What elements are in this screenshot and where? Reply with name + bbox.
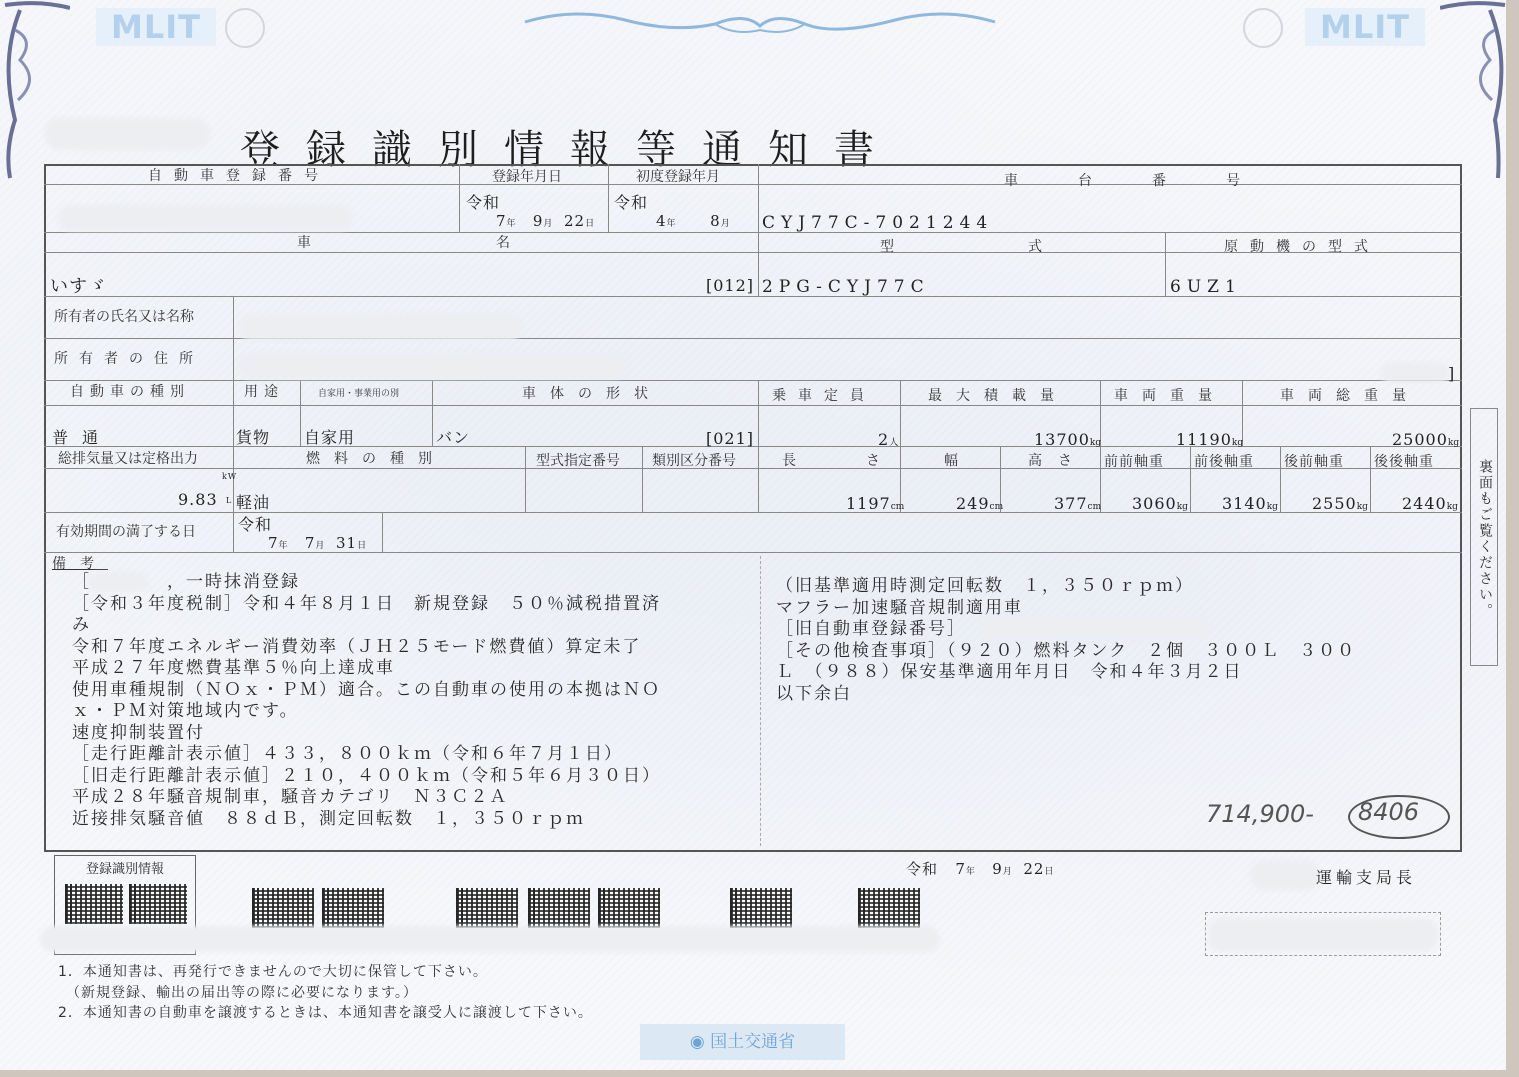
see-reverse-note: 裏面もご覧ください。	[1470, 408, 1498, 666]
engine-model-value: 6UZ1	[1170, 277, 1242, 297]
fr-axle-label: 前後軸重	[1194, 451, 1254, 471]
gross-weight-value: 25000kg	[1392, 430, 1459, 449]
qr-code-icon	[730, 888, 792, 928]
reg-date-era: 令和	[466, 190, 500, 213]
vehicle-weight-value: 11190kg	[1176, 430, 1243, 449]
first-reg-era: 令和	[614, 190, 648, 213]
qr-code-icon	[65, 884, 123, 924]
remarks-label: 備考	[52, 553, 108, 573]
handwritten-amount: 714,900-	[1206, 800, 1314, 828]
expiry-label: 有効期間の満了する日	[56, 521, 196, 541]
rf-axle-value: 2550kg	[1312, 494, 1368, 513]
private-value: 自家用	[304, 425, 355, 448]
width-value: 249cm	[956, 494, 1003, 513]
engine-model-label: 原動機の型式	[1224, 236, 1380, 256]
owner-name-label: 所有者の氏名又は名称	[54, 306, 194, 326]
car-name-value: いすゞ	[50, 272, 107, 298]
registration-notice-document: MLIT MLIT 登録識別情報等通知書 自動車登録	[0, 0, 1506, 1070]
qr-code-icon	[858, 888, 920, 928]
expiry-date: 7年 7月 31日	[268, 534, 366, 552]
ff-axle-value: 3060kg	[1132, 494, 1188, 513]
rr-axle-label: 後後軸重	[1374, 451, 1434, 471]
rr-axle-value: 2440kg	[1402, 494, 1458, 513]
ff-axle-label: 前前軸重	[1104, 451, 1164, 471]
reg-date-value: 7年 9月 22日	[496, 212, 594, 230]
car-name-label: 車	[297, 232, 317, 252]
redacted-office	[45, 118, 210, 150]
qr-code-icon	[528, 888, 590, 928]
qr-code-icon	[252, 888, 314, 928]
redacted-issuer	[1250, 860, 1320, 890]
body-shape-label: 車体の形状	[522, 383, 662, 403]
corner-ornament-left-icon	[0, 0, 70, 180]
height-label: 高さ	[1028, 450, 1088, 470]
chassis-number: CYJ77C-7021244	[762, 213, 993, 233]
vehicle-kind-value: 普通	[52, 425, 112, 448]
owner-address-label: 所有者の住所	[54, 348, 204, 368]
length-value: 1197cm	[846, 494, 904, 513]
ministry-emblem-icon	[1243, 8, 1283, 48]
handwritten-circled-number: 8406	[1358, 798, 1419, 826]
model-label: 型	[880, 236, 900, 256]
capacity-label: 乗車定員	[772, 385, 876, 405]
redacted-reg-number	[58, 205, 353, 231]
redacted-old-reg-number	[980, 617, 1210, 639]
use-label: 用途	[244, 381, 284, 401]
footer-notes: 1．本通知書は、再発行できませんので大切に保管して下さい。 （新規登録、輸出の届…	[58, 962, 593, 1024]
displacement-label: 総排気量又は定格出力	[58, 448, 198, 468]
use-value: 貨物	[236, 425, 270, 448]
mlit-logo-left: MLIT	[96, 8, 216, 46]
expiry-era: 令和	[238, 512, 272, 535]
width-label: 幅	[944, 450, 964, 470]
rf-axle-label: 後前軸重	[1284, 451, 1344, 471]
redacted-owner-name	[238, 314, 523, 340]
vehicle-weight-label: 車両重量	[1114, 385, 1226, 405]
body-shape-value: バン	[436, 425, 470, 448]
type-approval-label: 型式指定番号	[536, 450, 620, 470]
max-load-value: 13700kg	[1034, 430, 1101, 449]
displacement-value: 9.83	[178, 490, 218, 509]
qr-code-icon	[456, 888, 518, 928]
mlit-logo-right: MLIT	[1305, 8, 1425, 46]
gross-weight-label: 車両総重量	[1280, 385, 1420, 405]
private-business-label: 自家用・事業用の別	[318, 386, 399, 399]
fuel-type-label: 燃料の種別	[306, 448, 446, 468]
ministry-emblem-icon	[225, 8, 265, 48]
issue-date: 令和 7年 9月 22日	[906, 858, 1053, 879]
fr-axle-value: 3140kg	[1222, 494, 1278, 513]
top-ornament-icon	[515, 2, 1005, 38]
category-number-label: 類別区分番号	[652, 450, 736, 470]
reg-date-label: 登録年月日	[492, 166, 562, 186]
remarks-left-column: ［ ，一時抹消登録 ［令和３年度税制］令和４年８月１日 新規登録 ５０％減税措置…	[72, 572, 661, 830]
reg-number-label: 自動車登録番号	[148, 165, 330, 185]
qr-code-icon	[322, 888, 384, 928]
chassis-label: 車台番号	[1004, 170, 1300, 190]
redacted-qr-caption	[40, 926, 940, 952]
capacity-value: 2人	[878, 430, 898, 449]
max-load-label: 最大積載量	[928, 385, 1068, 405]
length-label: 長	[782, 450, 802, 470]
fuel-type-value: 軽油	[236, 490, 270, 513]
body-shape-code: [021]	[706, 429, 754, 448]
car-name-code: [012]	[706, 276, 754, 295]
qr-code-icon	[598, 888, 660, 928]
redacted-owner-address	[238, 353, 628, 379]
corner-ornament-right-icon	[1440, 0, 1510, 180]
issuer-title: 運輸支局長	[1316, 865, 1416, 888]
first-reg-label: 初度登録年月	[636, 166, 720, 186]
ministry-footer-logo: ◉ 国土交通省	[640, 1024, 845, 1060]
remarks-right-column: （旧基準適用時測定回転数 １，３５０ｒｐｍ） マフラー加速騒音規制適用車 ［旧自…	[776, 576, 1356, 705]
model-value: 2PG-CYJ77C	[762, 277, 930, 297]
first-reg-value: 4年 8月	[656, 212, 730, 230]
vehicle-kind-label: 自動車の種別	[70, 381, 190, 401]
qr-code-icon	[129, 884, 187, 924]
height-value: 377cm	[1054, 494, 1101, 513]
